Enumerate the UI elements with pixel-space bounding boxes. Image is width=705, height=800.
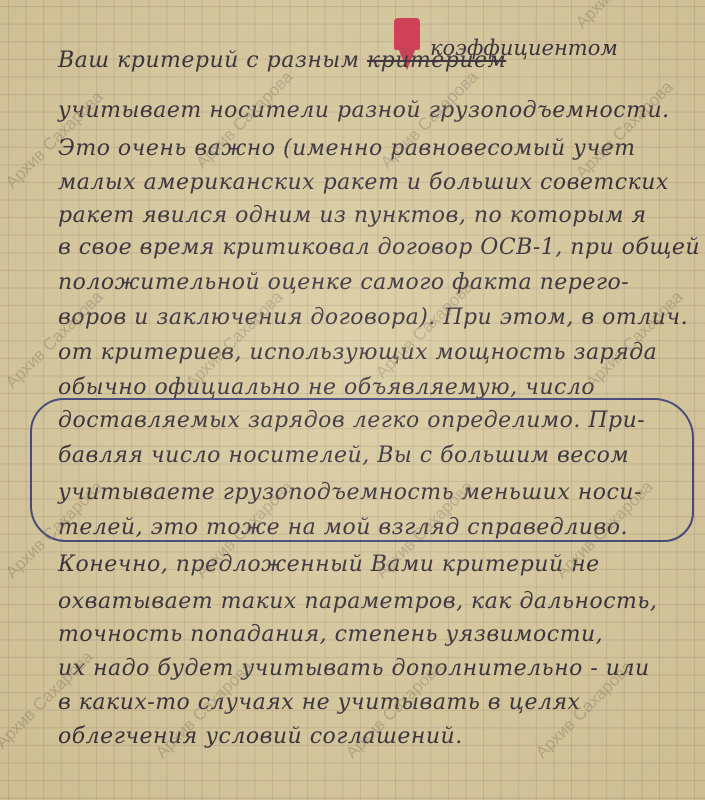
text-line-20: облегчения условий соглашений.: [58, 724, 463, 749]
text-line-1: Ваш критерий с разным критерием: [58, 48, 506, 73]
text-line-7: положительной оценке самого факта перего…: [58, 270, 629, 295]
text-line-3: Это очень важно (именно равновесомый уче…: [58, 136, 636, 161]
text-line-13: учитываете грузоподъемность меньших носи…: [58, 480, 642, 505]
text-line-6: в свое время критиковал договор ОСВ-1, п…: [58, 235, 700, 260]
line-text: Ваш критерий с разным: [58, 48, 359, 73]
text-line-19: в каких-то случаях не учитывать в целях: [58, 690, 580, 715]
text-line-14: телей, это тоже на мой взгляд справедлив…: [58, 515, 628, 540]
watermark: Архив Сахарова: [572, 0, 678, 33]
text-line-8: воров и заключения договора). При этом, …: [58, 305, 688, 330]
text-line-18: их надо будет учитывать дополнительно - …: [58, 656, 650, 681]
red-marker-flag-icon: [394, 18, 420, 50]
watermark: Архив Сахарова: [572, 77, 678, 183]
text-line-10: обычно официально не объявляемую, число: [58, 375, 595, 400]
text-line-15: Конечно, предложенный Вами критерий не: [58, 552, 600, 577]
text-line-5: ракет явился одним из пунктов, по которы…: [58, 203, 647, 228]
text-line-4: малых американских ракет и больших совет…: [58, 170, 669, 195]
text-line-11: доставляемых зарядов легко определимо. П…: [58, 408, 645, 433]
text-line-12: бавляя число носителей, Вы с большим вес…: [58, 443, 629, 468]
letter-page: коэффициентом Ваш критерий с разным крит…: [0, 0, 705, 800]
text-line-16: охватывает таких параметров, как дальнос…: [58, 589, 657, 614]
text-line-9: от критериев, использующих мощность заря…: [58, 340, 657, 365]
text-line-17: точность попадания, степень уязвимости,: [58, 622, 603, 647]
struck-word: критерием: [367, 48, 506, 73]
text-line-2: учитывает носители разной грузоподъемнос…: [58, 98, 670, 123]
